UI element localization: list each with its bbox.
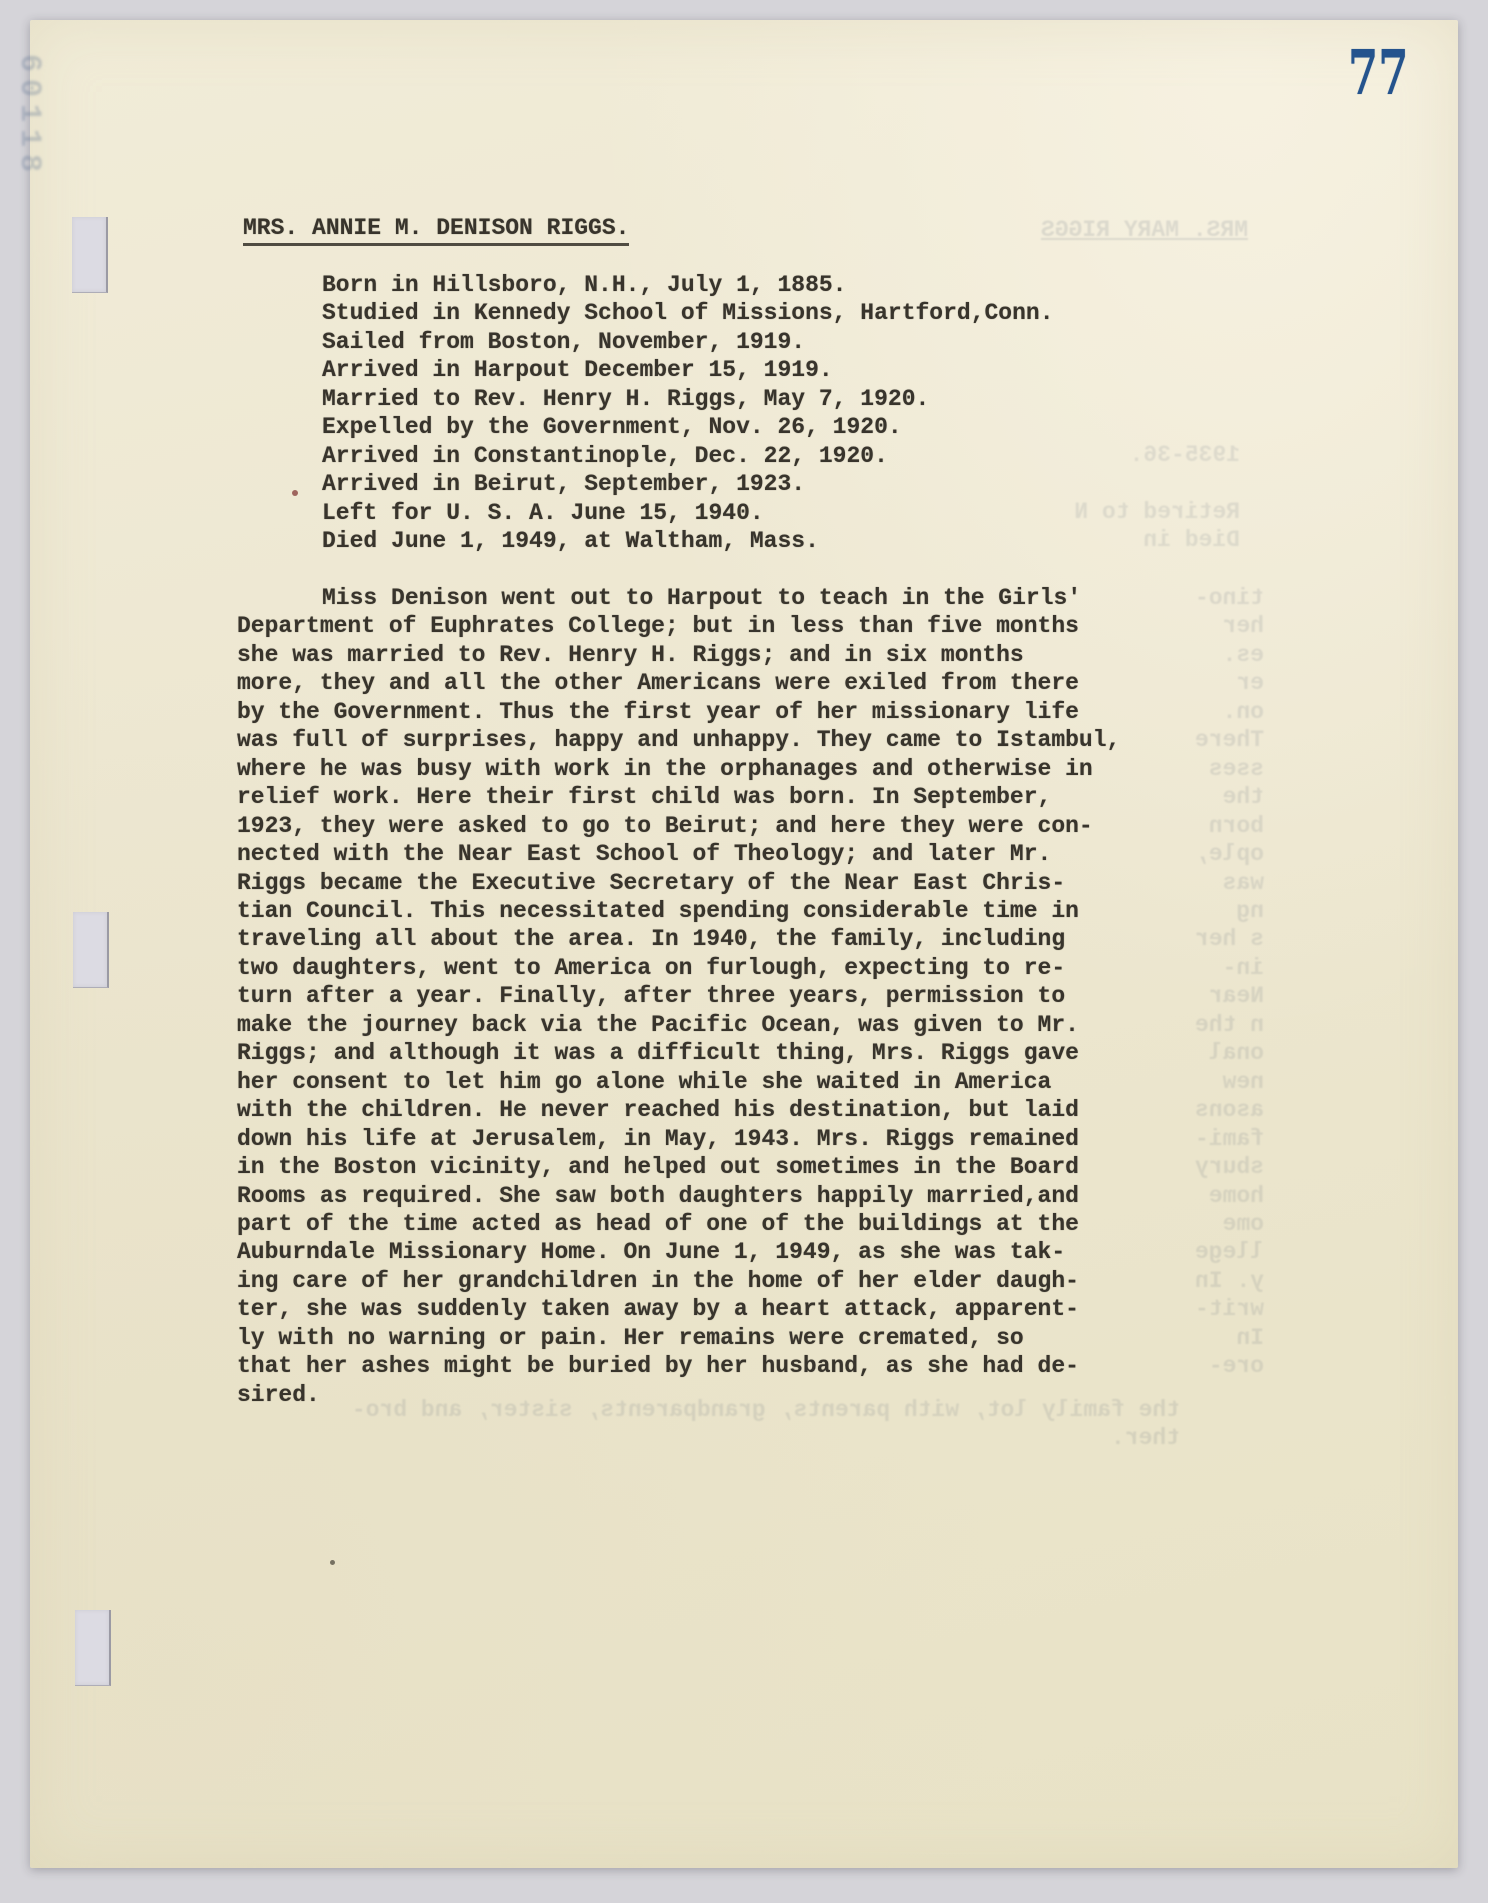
- document-title: MRS. ANNIE M. DENISON RIGGS.: [243, 214, 629, 246]
- punch-hole: [75, 1610, 111, 1686]
- punch-hole: [73, 912, 109, 988]
- document-page: 77 60118 MRS. MARY RIGGS 1935-36. Retire…: [30, 20, 1458, 1868]
- ink-speck: [330, 1560, 335, 1565]
- vital-records: Born in Hillsboro, N.H., July 1, 1885. S…: [322, 271, 1054, 556]
- ink-speck: [292, 490, 298, 496]
- bleed-through-margin: tino- her es. er on. There sses the born…: [1148, 584, 1264, 1381]
- bleed-through-heading: MRS. MARY RIGGS: [980, 216, 1248, 244]
- punch-hole: [72, 217, 108, 293]
- page-number: 77: [1348, 42, 1408, 104]
- archive-stamp: 60118: [12, 54, 46, 179]
- biography-text: Miss Denison went out to Harpout to teac…: [237, 584, 1120, 1409]
